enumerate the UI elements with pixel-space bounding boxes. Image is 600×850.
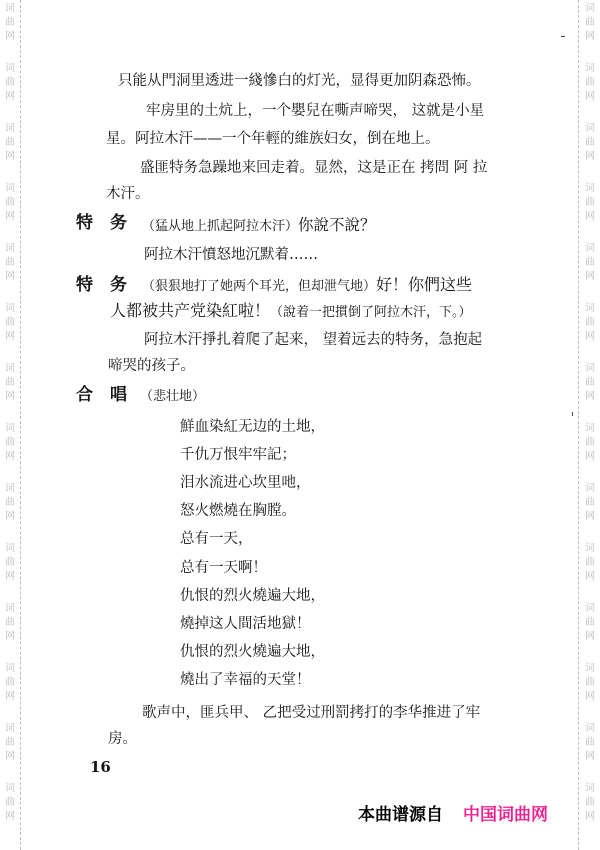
stage-direction-line: 星。阿拉木汗——一个年輕的維族妇女，倒在地上。 <box>106 130 440 148</box>
watermark-text: 词曲网 <box>579 182 600 224</box>
lyric-line: 仇恨的烈火燒遍大地， <box>180 587 325 605</box>
watermark-text: 词曲网 <box>579 482 600 524</box>
speaker-label: 合 唱 <box>76 385 127 405</box>
watermark-text: 词曲网 <box>0 122 20 164</box>
watermark-text: 词曲网 <box>579 542 600 584</box>
watermark-text: 词曲网 <box>0 422 20 464</box>
lyric-line: 总有一天啊！ <box>180 559 267 577</box>
lyric-line: 泪水流进心坎里吔， <box>180 474 311 492</box>
lyric-line: 怒火燃燒在胸膛。 <box>180 502 296 520</box>
watermark-column-right: 词曲网词曲网词曲网词曲网词曲网词曲网词曲网词曲网词曲网词曲网词曲网词曲网词曲网词… <box>578 0 600 850</box>
watermark-text: 词曲网 <box>0 182 20 224</box>
watermark-text: 词曲网 <box>579 122 600 164</box>
watermark-text: 词曲网 <box>0 2 20 44</box>
lyric-line: 燒出了幸福的天堂！ <box>180 671 311 689</box>
watermark-text: 词曲网 <box>0 542 20 584</box>
speech-text: 你說不說？ <box>298 216 376 234</box>
lyric-line: 鮮血染紅无边的土地， <box>180 418 325 436</box>
stage-direction-line: 牢房里的土炕上，一个嬰兒在嘶声啼哭， 这就是小星 <box>146 102 484 120</box>
speech-text: 人都被共产党染紅啦！ <box>110 301 270 320</box>
action-direction: （狠狠地打了她两个耳光，但却泄气地） <box>142 279 376 294</box>
watermark-text: 词曲网 <box>579 602 600 644</box>
lyric-line: 仇恨的烈火燒遍大地， <box>180 643 325 661</box>
stage-direction-line: 啼哭的孩子。 <box>108 357 195 375</box>
lyric-line: 千仇万恨牢牢記； <box>180 446 296 464</box>
watermark-text: 词曲网 <box>579 2 600 44</box>
speaker-label: 特 务 <box>76 213 127 233</box>
stage-direction-line: 歌声中，匪兵甲、 乙把受过刑罰拷打的李华推进了牢 <box>142 704 480 722</box>
watermark-text: 词曲网 <box>0 482 20 524</box>
stage-direction-line: 只能从門洞里透进一綫慘白的灯光，显得更加阴森恐怖。 <box>118 72 481 90</box>
stage-direction-line: 阿拉木汗憤怒地沉默着…… <box>144 246 318 264</box>
stage-direction-line: 盛匪特务急躁地来回走着。显然，这是正在 拷問 阿 拉 <box>140 159 487 177</box>
action-direction: （說着一把摜倒了阿拉木汗，下。） <box>270 305 472 320</box>
page-number: 16 <box>90 758 111 776</box>
stage-direction-line: 木汗。 <box>106 185 150 203</box>
scan-speck <box>572 412 573 416</box>
watermark-column-left: 词曲网词曲网词曲网词曲网词曲网词曲网词曲网词曲网词曲网词曲网词曲网词曲网词曲网词… <box>0 0 21 850</box>
source-credit-site: 中国词曲网 <box>463 805 548 825</box>
watermark-text: 词曲网 <box>579 362 600 404</box>
speech-text: 好！你們这些 <box>376 275 472 294</box>
watermark-text: 词曲网 <box>579 242 600 284</box>
watermark-text: 词曲网 <box>0 62 20 104</box>
source-credit-prefix: 本曲谱源自 <box>358 805 443 825</box>
dialog-line: （狠狠地打了她两个耳光，但却泄气地）好！你們这些 <box>142 276 472 296</box>
watermark-text: 词曲网 <box>0 242 20 284</box>
watermark-text: 词曲网 <box>579 662 600 704</box>
lyric-line: 总有一天， <box>180 530 253 548</box>
dialog-line: 人都被共产党染紅啦！（說着一把摜倒了阿拉木汗，下。） <box>110 302 472 322</box>
speaker-label: 特 务 <box>76 275 127 295</box>
watermark-text: 词曲网 <box>579 302 600 344</box>
watermark-text: 词曲网 <box>579 62 600 104</box>
watermark-text: 词曲网 <box>0 602 20 644</box>
dialog-line: （猛从地上抓起阿拉木汗）你說不說？ <box>142 216 376 236</box>
action-direction: （猛从地上抓起阿拉木汗） <box>142 219 298 234</box>
watermark-text: 词曲网 <box>579 782 600 824</box>
lyric-line: 燒掉这人間活地獄！ <box>180 615 311 633</box>
stage-direction-line: 阿拉木汗掙扎着爬了起来， 望着远去的特务，急抱起 <box>144 331 482 349</box>
source-credit: 本曲谱源自中国词曲网 <box>358 800 548 825</box>
watermark-text: 词曲网 <box>579 422 600 464</box>
watermark-text: 词曲网 <box>0 662 20 704</box>
action-direction: （悲壮地） <box>140 388 205 406</box>
watermark-text: 词曲网 <box>0 302 20 344</box>
scan-speck <box>561 36 565 37</box>
watermark-text: 词曲网 <box>0 722 20 764</box>
watermark-text: 词曲网 <box>579 722 600 764</box>
watermark-text: 词曲网 <box>0 362 20 404</box>
stage-direction-line: 房。 <box>108 730 137 748</box>
watermark-text: 词曲网 <box>0 782 20 824</box>
